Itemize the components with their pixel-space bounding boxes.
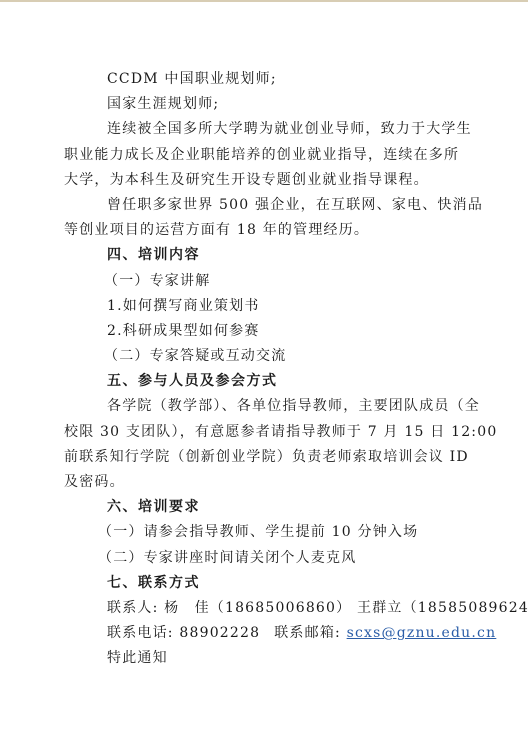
section-heading: 四、培训内容 [64,243,464,268]
top-border [0,0,528,2]
section-heading: 六、培训要求 [64,495,464,520]
section-heading: 五、参与人员及参会方式 [64,369,464,394]
paragraph-line: 1.如何撰写商业策划书 [64,294,464,319]
paragraph-line: 2.科研成果型如何参赛 [64,319,464,344]
paragraph-line: 大学，为本科生及研究生开设专题创业就业指导课程。 [64,168,464,193]
paragraph-line: （二）专家讲座时间请关闭个人麦克风 [64,546,464,571]
paragraph-line: 国家生涯规划师; [64,92,464,117]
paragraph-line: 曾任职多家世界 500 强企业，在互联网、家电、快消品 [64,193,464,218]
paragraph-line: （一）请参会指导教师、学生提前 10 分钟入场 [64,520,464,545]
contact-email-link[interactable]: scxs@gznu.edu.cn [347,625,497,641]
contact-email-label: 联系邮箱: [274,625,346,641]
paragraph-line: 及密码。 [64,470,464,495]
paragraph-line: 前联系知行学院（创新创业学院）负责老师索取培训会议 ID [64,445,464,470]
paragraph-line: 连续被全国多所大学聘为就业创业导师，致力于大学生 [64,117,464,142]
contact-phone-email-line: 联系电话: 88902228联系邮箱: scxs@gznu.edu.cn [64,621,464,646]
contact-phone: 联系电话: 88902228 [107,625,260,641]
document-page: CCDM 中国职业规划师;国家生涯规划师;连续被全国多所大学聘为就业创业导师，致… [64,67,464,672]
paragraph-line: 联系人: 杨 佳（18685006860） 王群立（18585089624） [64,596,464,621]
paragraph-line: 校限 30 支团队），有意愿参者请指导教师于 7 月 15 日 12:00 [64,420,464,445]
closing-line: 特此通知 [64,646,464,671]
section-heading: 七、联系方式 [64,571,464,596]
paragraph-line: 各学院（教学部）、各单位指导教师，主要团队成员（全 [64,394,464,419]
paragraph-line: 等创业项目的运营方面有 18 年的管理经历。 [64,218,464,243]
paragraph-line: CCDM 中国职业规划师; [64,67,464,92]
paragraph-line: （二）专家答疑或互动交流 [64,344,464,369]
paragraph-line: 职业能力成长及企业职能培养的创业就业指导，连续在多所 [64,143,464,168]
document-body: CCDM 中国职业规划师;国家生涯规划师;连续被全国多所大学聘为就业创业导师，致… [64,67,464,621]
paragraph-line: （一）专家讲解 [64,269,464,294]
